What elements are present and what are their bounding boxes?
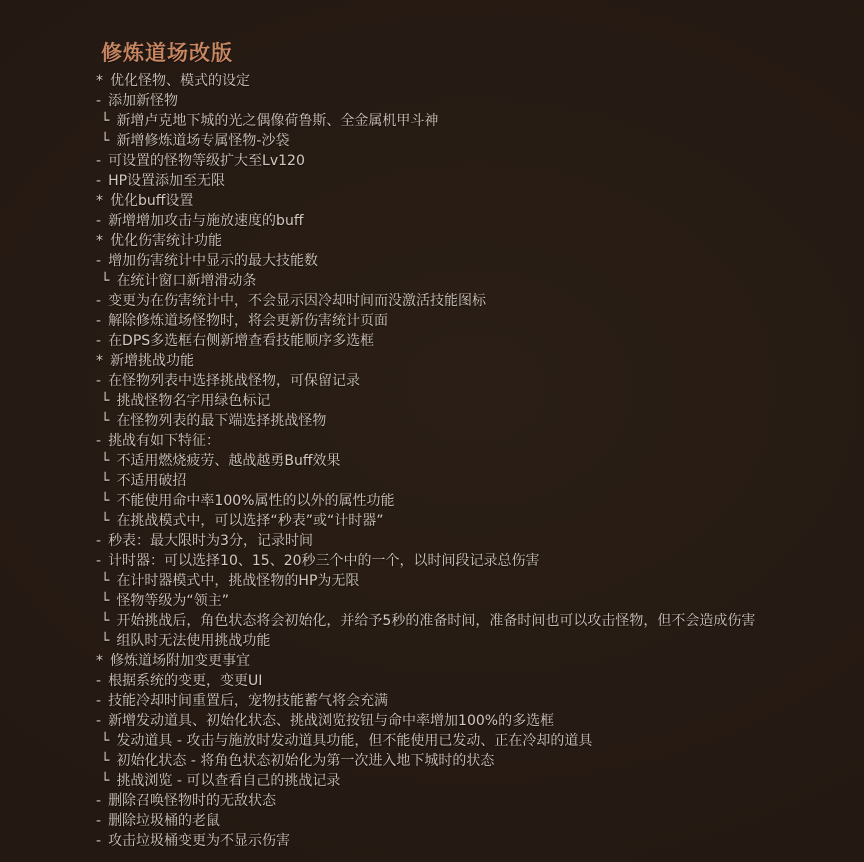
line-marker: └ bbox=[101, 271, 109, 291]
changelog-line: └新增修炼道场专属怪物-沙袋 bbox=[96, 131, 864, 151]
line-marker: - bbox=[96, 171, 101, 191]
changelog-line: -技能冷却时间重置后，宠物技能蓄气将会充满 bbox=[96, 691, 864, 711]
changelog-line: *优化buff设置 bbox=[96, 191, 864, 211]
line-marker: - bbox=[96, 551, 101, 571]
line-text: 增加伤害统计中显示的最大技能数 bbox=[108, 253, 318, 269]
line-text: 在DPS多选框右侧新增查看技能顺序多选框 bbox=[108, 333, 374, 349]
changelog-line: └新增卢克地下城的光之偶像荷鲁斯、全金属机甲斗神 bbox=[96, 111, 864, 131]
line-marker: * bbox=[96, 351, 103, 371]
changelog-line: *优化伤害统计功能 bbox=[96, 231, 864, 251]
line-text: 可设置的怪物等级扩大至Lv120 bbox=[108, 153, 305, 169]
line-text: 优化伤害统计功能 bbox=[110, 233, 222, 249]
line-text: HP设置添加至无限 bbox=[108, 173, 225, 189]
line-marker: - bbox=[96, 331, 101, 351]
line-marker: └ bbox=[101, 751, 109, 771]
line-text: 添加新怪物 bbox=[108, 93, 178, 109]
line-marker: └ bbox=[101, 111, 109, 131]
line-text: 在统计窗口新增滑动条 bbox=[116, 273, 256, 289]
changelog-line: *新增挑战功能 bbox=[96, 351, 864, 371]
changelog-line: └在计时器模式中，挑战怪物的HP为无限 bbox=[96, 571, 864, 591]
line-text: 不能使用命中率100%属性的以外的属性功能 bbox=[116, 493, 394, 509]
line-text: 秒表：最大限时为3分，记录时间 bbox=[108, 533, 313, 549]
changelog-line: -计时器：可以选择10、15、20秒三个中的一个，以时间段记录总伤害 bbox=[96, 551, 864, 571]
line-text: 变更为在伤害统计中，不会显示因冷却时间而没激活技能图标 bbox=[108, 293, 486, 309]
line-marker: └ bbox=[101, 771, 109, 791]
changelog-line: └挑战怪物名字用绿色标记 bbox=[96, 391, 864, 411]
line-marker: └ bbox=[101, 731, 109, 751]
line-marker: └ bbox=[101, 471, 109, 491]
line-text: 不适用燃烧疲劳、越战越勇Buff效果 bbox=[116, 453, 340, 469]
line-text: 根据系统的变更，变更UI bbox=[108, 673, 262, 689]
changelog-line: -删除召唤怪物时的无敌状态 bbox=[96, 791, 864, 811]
changelog-line: └开始挑战后，角色状态将会初始化，并给予5秒的准备时间，准备时间也可以攻击怪物，… bbox=[96, 611, 864, 631]
changelog-line: -变更为在伤害统计中，不会显示因冷却时间而没激活技能图标 bbox=[96, 291, 864, 311]
line-marker: - bbox=[96, 711, 101, 731]
line-marker: * bbox=[96, 191, 103, 211]
line-marker: └ bbox=[101, 411, 109, 431]
changelog-line: -秒表：最大限时为3分，记录时间 bbox=[96, 531, 864, 551]
line-text: 不适用破招 bbox=[116, 473, 186, 489]
changelog-line: *优化怪物、模式的设定 bbox=[96, 71, 864, 91]
line-text: 怪物等级为“领主” bbox=[116, 593, 229, 609]
line-text: 挑战浏览 - 可以查看自己的挑战记录 bbox=[116, 773, 340, 789]
changelog-line: *修炼道场附加变更事宜 bbox=[96, 651, 864, 671]
changelog-line: └怪物等级为“领主” bbox=[96, 591, 864, 611]
changelog-line: -HP设置添加至无限 bbox=[96, 171, 864, 191]
changelog-line: -挑战有如下特征： bbox=[96, 431, 864, 451]
line-marker: - bbox=[96, 831, 101, 851]
changelog-line: -删除垃圾桶的老鼠 bbox=[96, 811, 864, 831]
changelog-line: └不能使用命中率100%属性的以外的属性功能 bbox=[96, 491, 864, 511]
changelog-line: -攻击垃圾桶变更为不显示伤害 bbox=[96, 831, 864, 851]
changelog-line: -根据系统的变更，变更UI bbox=[96, 671, 864, 691]
patch-notes-page: 修炼道场改版 *优化怪物、模式的设定-添加新怪物└新增卢克地下城的光之偶像荷鲁斯… bbox=[0, 0, 864, 862]
line-text: 删除召唤怪物时的无敌状态 bbox=[108, 793, 276, 809]
changelog-list: *优化怪物、模式的设定-添加新怪物└新增卢克地下城的光之偶像荷鲁斯、全金属机甲斗… bbox=[96, 71, 864, 851]
line-marker: └ bbox=[101, 591, 109, 611]
line-text: 在怪物列表的最下端选择挑战怪物 bbox=[116, 413, 326, 429]
line-marker: └ bbox=[101, 511, 109, 531]
line-marker: - bbox=[96, 531, 101, 551]
line-marker: - bbox=[96, 671, 101, 691]
changelog-line: -可设置的怪物等级扩大至Lv120 bbox=[96, 151, 864, 171]
line-text: 优化怪物、模式的设定 bbox=[110, 73, 250, 89]
line-marker: * bbox=[96, 71, 103, 91]
line-text: 解除修炼道场怪物时，将会更新伤害统计页面 bbox=[108, 313, 388, 329]
line-text: 新增增加攻击与施放速度的buff bbox=[108, 213, 303, 229]
changelog-line: -新增增加攻击与施放速度的buff bbox=[96, 211, 864, 231]
line-text: 新增卢克地下城的光之偶像荷鲁斯、全金属机甲斗神 bbox=[116, 113, 438, 129]
line-marker: └ bbox=[101, 131, 109, 151]
changelog-line: └在统计窗口新增滑动条 bbox=[96, 271, 864, 291]
changelog-line: -在怪物列表中选择挑战怪物，可保留记录 bbox=[96, 371, 864, 391]
line-text: 新增发动道具、初始化状态、挑战浏览按钮与命中率增加100%的多选框 bbox=[108, 713, 554, 729]
line-marker: └ bbox=[101, 451, 109, 471]
line-marker: └ bbox=[101, 631, 109, 651]
line-marker: - bbox=[96, 211, 101, 231]
line-marker: └ bbox=[101, 491, 109, 511]
line-text: 攻击垃圾桶变更为不显示伤害 bbox=[108, 833, 290, 849]
line-text: 计时器：可以选择10、15、20秒三个中的一个，以时间段记录总伤害 bbox=[108, 553, 539, 569]
line-text: 在挑战模式中，可以选择“秒表”或“计时器” bbox=[116, 513, 383, 529]
line-text: 组队时无法使用挑战功能 bbox=[116, 633, 270, 649]
changelog-line: └不适用破招 bbox=[96, 471, 864, 491]
line-marker: * bbox=[96, 231, 103, 251]
changelog-line: └发动道具 - 攻击与施放时发动道具功能，但不能使用已发动、正在冷却的道具 bbox=[96, 731, 864, 751]
line-text: 修炼道场附加变更事宜 bbox=[110, 653, 250, 669]
changelog-line: -添加新怪物 bbox=[96, 91, 864, 111]
line-marker: - bbox=[96, 431, 101, 451]
changelog-line: └挑战浏览 - 可以查看自己的挑战记录 bbox=[96, 771, 864, 791]
changelog-line: └在挑战模式中，可以选择“秒表”或“计时器” bbox=[96, 511, 864, 531]
line-text: 优化buff设置 bbox=[110, 193, 193, 209]
changelog-line: -解除修炼道场怪物时，将会更新伤害统计页面 bbox=[96, 311, 864, 331]
line-marker: └ bbox=[101, 611, 109, 631]
line-marker: - bbox=[96, 811, 101, 831]
line-marker: └ bbox=[101, 571, 109, 591]
line-text: 在怪物列表中选择挑战怪物，可保留记录 bbox=[108, 373, 360, 389]
line-marker: - bbox=[96, 291, 101, 311]
line-marker: - bbox=[96, 791, 101, 811]
page-title: 修炼道场改版 bbox=[101, 40, 233, 66]
line-text: 挑战有如下特征： bbox=[108, 433, 220, 449]
line-marker: - bbox=[96, 91, 101, 111]
line-marker: - bbox=[96, 691, 101, 711]
line-text: 挑战怪物名字用绿色标记 bbox=[116, 393, 270, 409]
line-text: 开始挑战后，角色状态将会初始化，并给予5秒的准备时间，准备时间也可以攻击怪物，但… bbox=[116, 613, 755, 629]
line-text: 删除垃圾桶的老鼠 bbox=[108, 813, 220, 829]
line-text: 发动道具 - 攻击与施放时发动道具功能，但不能使用已发动、正在冷却的道具 bbox=[116, 733, 592, 749]
line-marker: - bbox=[96, 151, 101, 171]
line-text: 初始化状态 - 将角色状态初始化为第一次进入地下城时的状态 bbox=[116, 753, 494, 769]
line-text: 新增挑战功能 bbox=[110, 353, 194, 369]
line-text: 技能冷却时间重置后，宠物技能蓄气将会充满 bbox=[108, 693, 388, 709]
line-marker: - bbox=[96, 311, 101, 331]
line-text: 新增修炼道场专属怪物-沙袋 bbox=[116, 133, 289, 149]
line-marker: - bbox=[96, 251, 101, 271]
changelog-line: └组队时无法使用挑战功能 bbox=[96, 631, 864, 651]
changelog-line: -增加伤害统计中显示的最大技能数 bbox=[96, 251, 864, 271]
line-marker: └ bbox=[101, 391, 109, 411]
changelog-line: └不适用燃烧疲劳、越战越勇Buff效果 bbox=[96, 451, 864, 471]
line-marker: - bbox=[96, 371, 101, 391]
changelog-line: └初始化状态 - 将角色状态初始化为第一次进入地下城时的状态 bbox=[96, 751, 864, 771]
changelog-line: └在怪物列表的最下端选择挑战怪物 bbox=[96, 411, 864, 431]
line-marker: * bbox=[96, 651, 103, 671]
line-text: 在计时器模式中，挑战怪物的HP为无限 bbox=[116, 573, 359, 589]
changelog-line: -新增发动道具、初始化状态、挑战浏览按钮与命中率增加100%的多选框 bbox=[96, 711, 864, 731]
changelog-line: -在DPS多选框右侧新增查看技能顺序多选框 bbox=[96, 331, 864, 351]
